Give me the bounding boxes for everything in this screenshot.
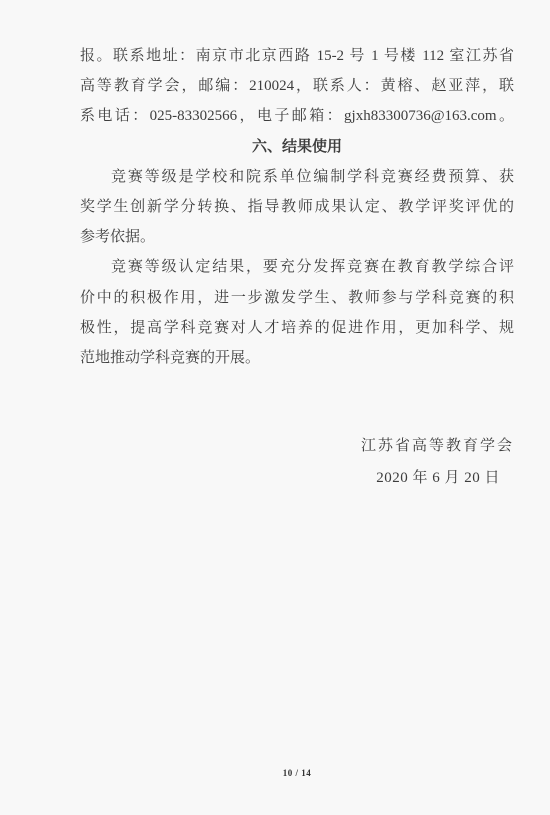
paragraph-2-line-1: 竞赛等级认定结果，要充分发挥竞赛在教育教学综合评 xyxy=(80,252,514,282)
contact-line-3: 系电话：025-83302566，电子邮箱：gjxh83300736@163.c… xyxy=(80,101,514,131)
signature-block: 江苏省高等教育学会 2020 年 6 月 20 日 xyxy=(80,430,514,494)
paragraph-1-line-3: 参考依据。 xyxy=(80,222,514,252)
paragraph-2-line-2: 价中的积极作用，进一步激发学生、教师参与学科竞赛的积 xyxy=(80,283,514,313)
signature-date: 2020 年 6 月 20 日 xyxy=(80,462,514,494)
section-heading: 六、结果使用 xyxy=(80,132,514,162)
document-body: 报。联系地址：南京市北京西路 15-2 号 1 号楼 112 室江苏省 高等教育… xyxy=(80,41,514,373)
document-page: 报。联系地址：南京市北京西路 15-2 号 1 号楼 112 室江苏省 高等教育… xyxy=(0,0,550,815)
contact-line-1: 报。联系地址：南京市北京西路 15-2 号 1 号楼 112 室江苏省 xyxy=(80,41,514,71)
contact-line-2: 高等教育学会，邮编：210024，联系人：黄榕、赵亚萍，联 xyxy=(80,71,514,101)
paragraph-2-line-4: 范地推动学科竞赛的开展。 xyxy=(80,343,514,373)
paragraph-1-line-2: 奖学生创新学分转换、指导教师成果认定、教学评奖评优的 xyxy=(80,192,514,222)
paragraph-2-line-3: 极性，提高学科竞赛对人才培养的促进作用，更加科学、规 xyxy=(80,313,514,343)
paragraph-1-line-1: 竞赛等级是学校和院系单位编制学科竞赛经费预算、获 xyxy=(80,162,514,192)
signature-organization: 江苏省高等教育学会 xyxy=(80,430,514,462)
page-number: 10 / 14 xyxy=(80,768,514,778)
